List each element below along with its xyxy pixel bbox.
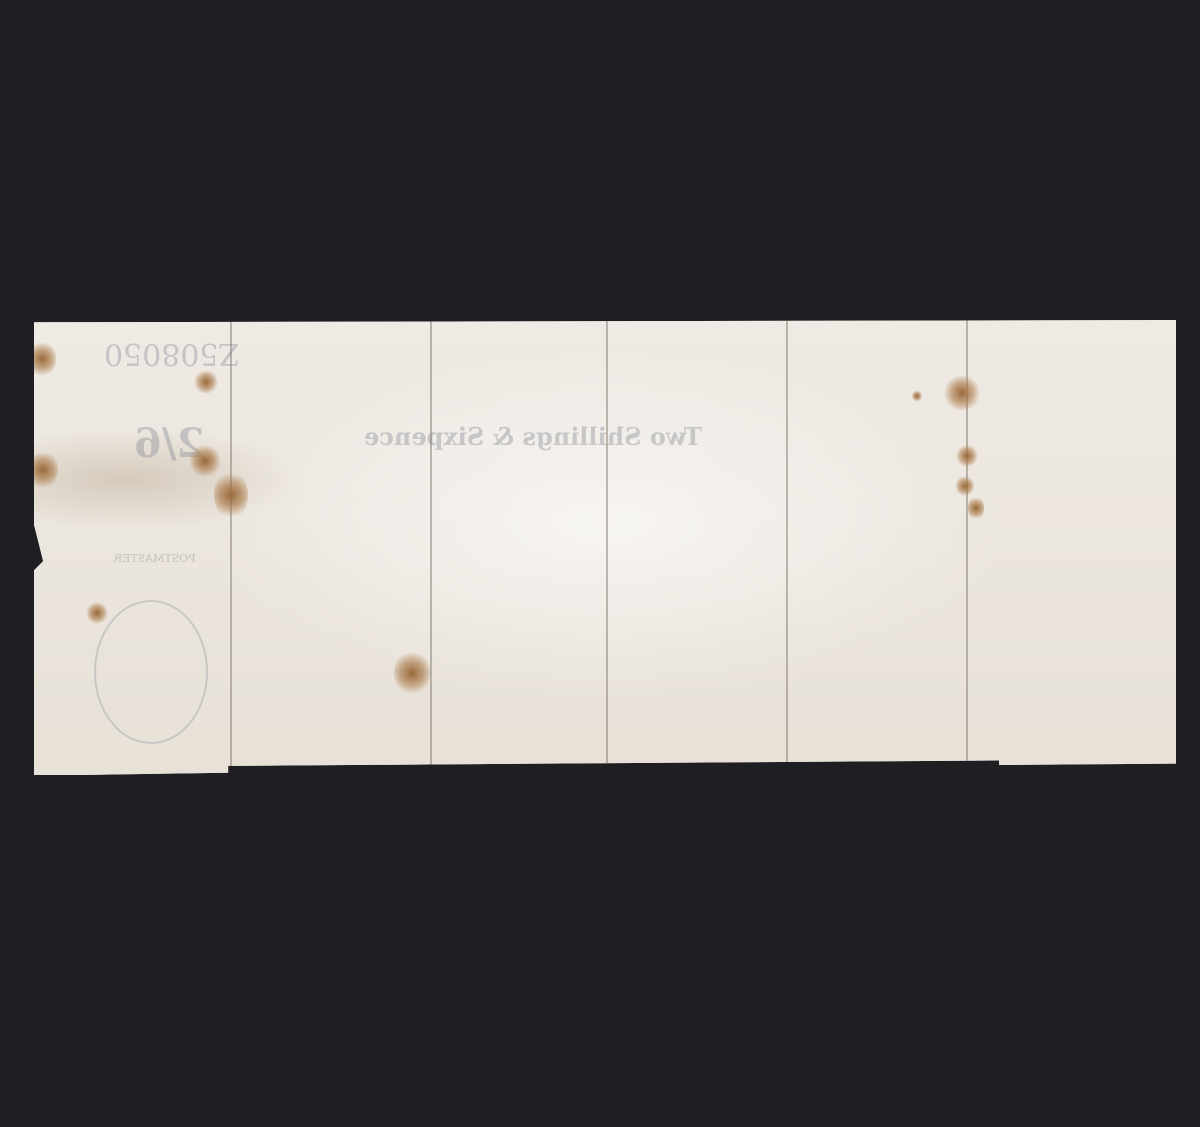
stain bbox=[194, 370, 218, 394]
stain bbox=[968, 495, 984, 521]
fold-panel-5 bbox=[786, 320, 968, 775]
postmark-stamp bbox=[94, 600, 208, 744]
stain bbox=[956, 475, 974, 497]
postmaster-ghost: POSTMASTER bbox=[114, 552, 196, 565]
stain bbox=[912, 390, 922, 402]
stain bbox=[944, 375, 980, 411]
fold-panel-3 bbox=[430, 320, 608, 775]
stain bbox=[86, 602, 108, 624]
stain bbox=[214, 470, 248, 520]
stain bbox=[956, 445, 978, 467]
stain bbox=[394, 650, 430, 696]
postal-order-document: Z508050 2/6 POSTMASTER Two Shillings & S… bbox=[34, 320, 1176, 775]
fold-panel-2 bbox=[230, 320, 432, 775]
serial-number-ghost: Z508050 bbox=[104, 336, 239, 371]
stain bbox=[189, 445, 221, 477]
fold-panel-4 bbox=[606, 320, 788, 775]
denomination-ghost-main: Two Shillings & Sixpence bbox=[364, 422, 702, 451]
paper-surface: Z508050 2/6 POSTMASTER Two Shillings & S… bbox=[34, 320, 1176, 775]
stain bbox=[28, 450, 58, 490]
stain bbox=[28, 340, 56, 378]
